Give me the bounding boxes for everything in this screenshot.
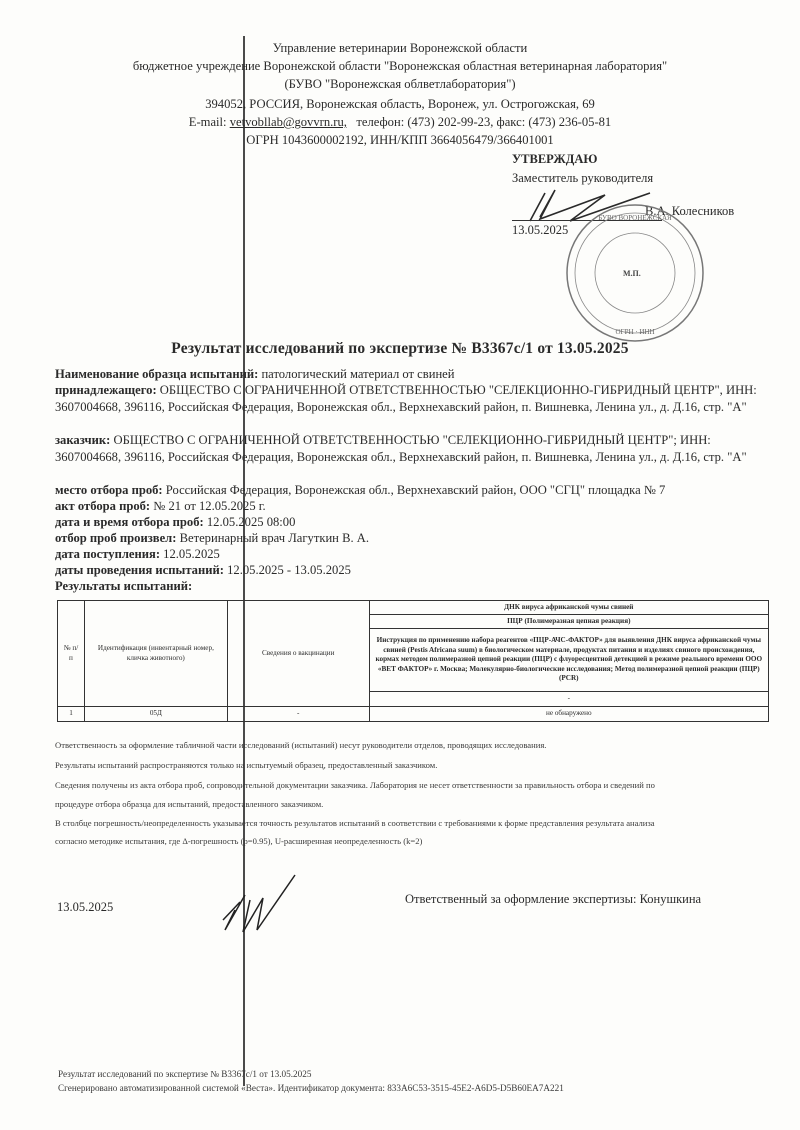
responsible-signature [215,870,305,940]
note-source-cont: процедуре отбора образца для испытаний, … [55,799,795,810]
note-source: Сведения получены из акта отбора проб, с… [55,780,795,791]
header-num: № п/п [58,601,85,707]
results-table: № п/п Идентификация (инвентарный номер, … [57,600,769,722]
email-label: E-mail: [189,115,227,129]
approve-label: УТВЕРЖДАЮ [512,152,597,167]
field-sampling-place: место отбора проб: Российская Федерация,… [55,482,775,499]
header-test-name: ДНК вируса африканской чумы свиней [369,601,768,615]
responsible-person: Ответственный за оформление экспертизы: … [405,892,701,907]
header-short-name: (БУВО "Воронежская облветлаборатория") [0,76,800,92]
header-registration: ОГРН 1043600002192, ИНН/КПП 3664056479/3… [0,132,800,148]
note-responsibility: Ответственность за оформление табличной … [55,740,795,751]
header-address: 394052, РОССИЯ, Воронежская область, Вор… [0,96,800,112]
header-method-doc: Инструкция по применению набора реагенто… [369,629,768,692]
header-identification: Идентификация (инвентарный номер, кличка… [84,601,227,707]
footer-generated: Сгенерировано автоматизированной системо… [58,1083,564,1093]
field-sampled-by: отбор проб произвел: Ветеринарный врач Л… [55,530,775,547]
svg-text:М.П.: М.П. [623,269,641,278]
svg-text:ОГРН · ИНН: ОГРН · ИНН [615,328,654,336]
result-value: не обнаружено [369,707,768,722]
svg-text:БУВО ВОРОНЕЖСКАЯ: БУВО ВОРОНЕЖСКАЯ [598,214,672,222]
table-row: 1 05Д - не обнаружено [58,707,769,722]
footer-reference: Результат исследований по экспертизе № B… [58,1069,311,1079]
header-method-short: ПЦР (Полимеразная цепная реакция) [369,615,768,629]
official-stamp: БУВО ВОРОНЕЖСКАЯ ОГРН · ИНН М.П. [560,198,710,348]
approver-position: Заместитель руководителя [512,171,653,186]
field-testing-dates: даты проведения испытаний: 12.05.2025 - … [55,562,775,579]
note-uncertainty-cont: согласно методике испытания, где Δ-погре… [55,836,795,847]
header-agency: Управление ветеринарии Воронежской облас… [0,40,800,56]
header-contacts: E-mail: vetvobllab@govvrn.ru, телефон: (… [0,114,800,130]
header-vaccination: Сведения о вакцинации [227,601,369,707]
field-customer: заказчик: ОБЩЕСТВО С ОГРАНИЧЕННОЙ ОТВЕТС… [55,432,775,465]
document-title: Результат исследований по экспертизе № B… [0,340,800,358]
email-link[interactable]: vetvobllab@govvrn.ru, [230,115,347,129]
field-sample-name: Наименование образца испытаний: патологи… [55,366,775,383]
field-received-date: дата поступления: 12.05.2025 [55,546,775,563]
header-institution: бюджетное учреждение Воронежской области… [0,58,800,74]
field-sampling-datetime: дата и время отбора проб: 12.05.2025 08:… [55,514,775,531]
field-owner: принадлежащего: ОБЩЕСТВО С ОГРАНИЧЕННОЙ … [55,382,775,415]
note-scope: Результаты испытаний распространяются то… [55,760,795,771]
phones: телефон: (473) 202-99-23, факс: (473) 23… [356,115,611,129]
field-results-heading: Результаты испытаний: [55,578,775,595]
note-uncertainty: В столбце погрешность/неопределенность у… [55,818,795,829]
field-sampling-act: акт отбора проб: № 21 от 12.05.2025 г. [55,498,775,515]
header-norm: - [369,692,768,707]
signoff-date: 13.05.2025 [57,900,113,915]
